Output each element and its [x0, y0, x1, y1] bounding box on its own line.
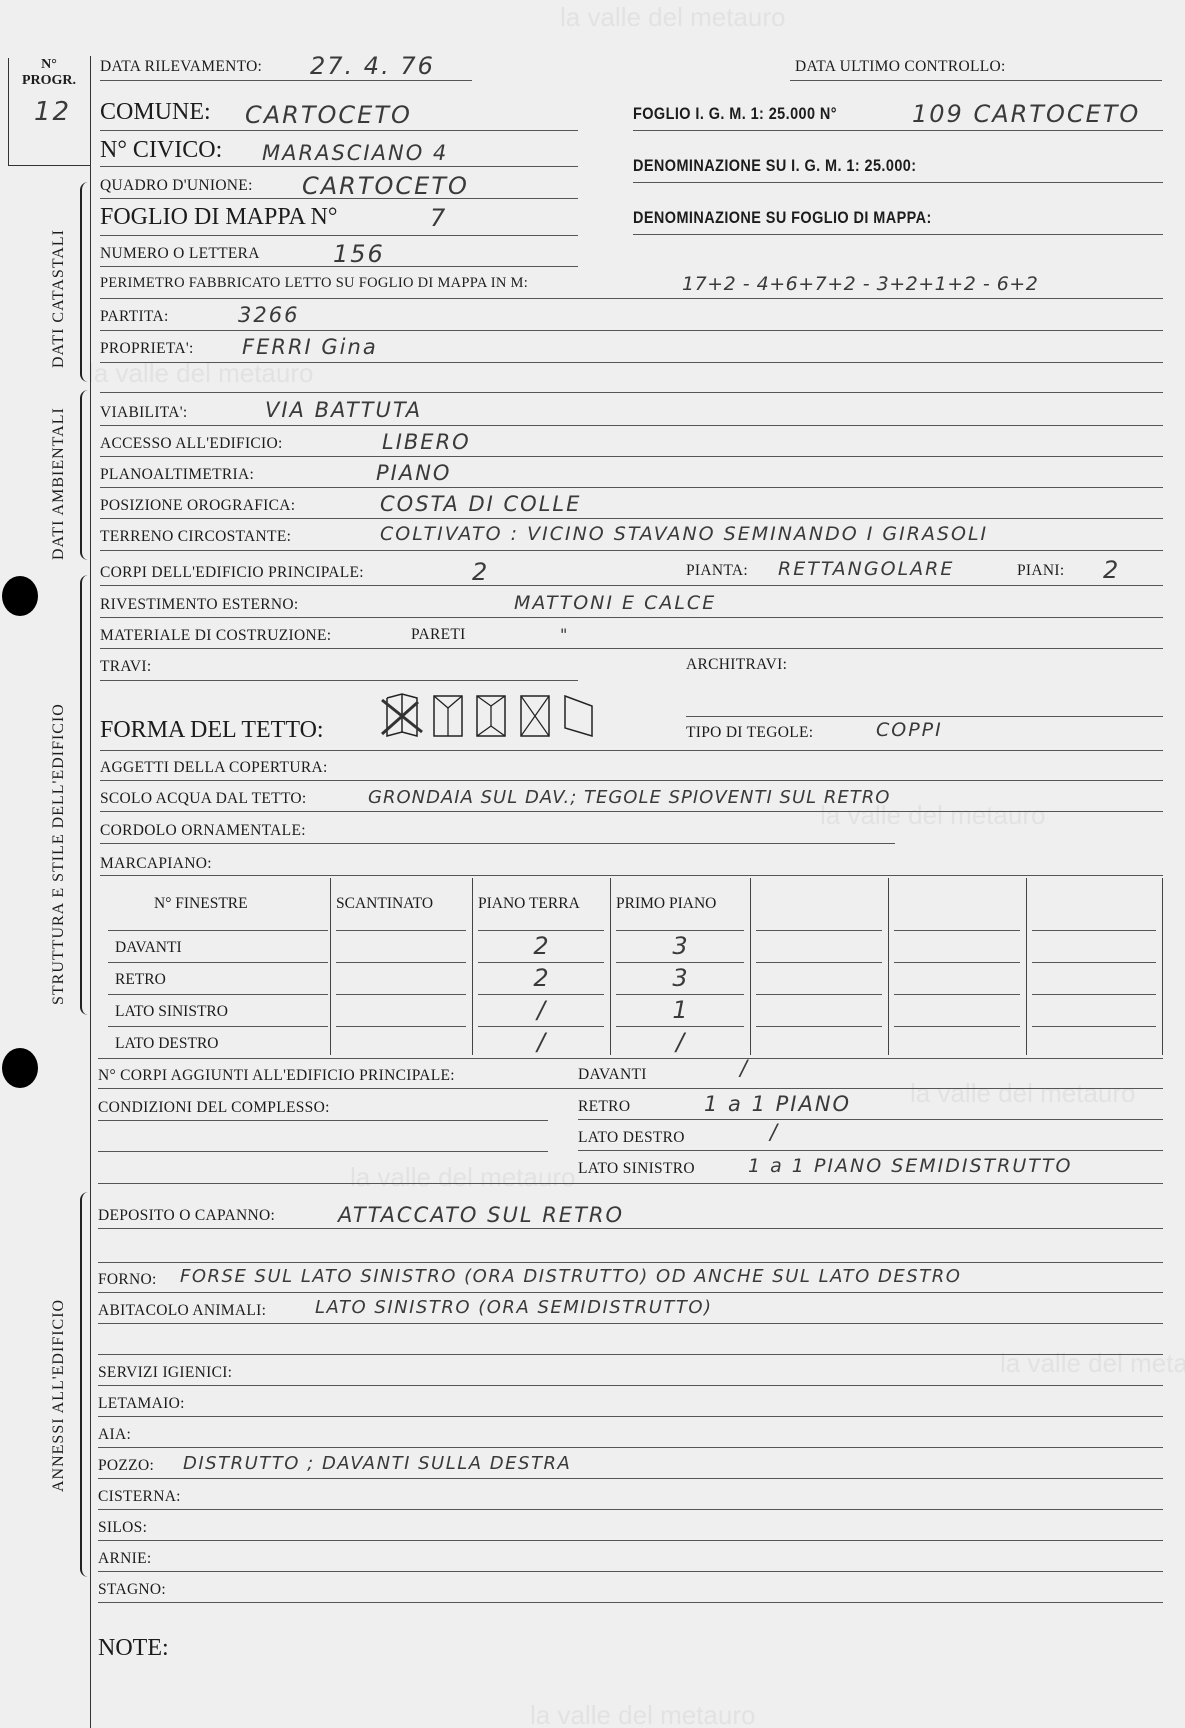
table-row-divider — [894, 930, 1020, 931]
arnie-label: ARNIE: — [98, 1550, 151, 1568]
progr-label-line1: N° — [14, 57, 84, 73]
progr-box-border — [8, 165, 90, 166]
planoaltimetria-value[interactable]: PIANO — [376, 461, 451, 485]
table-row-divider — [1032, 930, 1156, 931]
table-row-divider — [336, 1026, 466, 1027]
piani-value[interactable]: 2 — [1103, 556, 1120, 584]
deposito-value[interactable]: ATTACCATO SUL RETRO — [338, 1203, 624, 1227]
table-row-divider — [756, 994, 882, 995]
progr-label: N° PROGR. — [14, 57, 84, 89]
table-header-cell: N° FINESTRE — [154, 895, 248, 913]
proprieta-value[interactable]: FERRI Gina — [242, 335, 378, 359]
roof-shape-5-icon[interactable] — [562, 692, 594, 740]
materiale-sub-label: PARETI — [411, 626, 466, 644]
corpi-lato-sinistro-label: LATO SINISTRO — [578, 1160, 695, 1178]
table-bottom-border — [98, 1058, 1163, 1059]
table-row-divider — [1032, 962, 1156, 963]
materiale-label: MATERIALE DI COSTRUZIONE: — [100, 627, 331, 645]
corpi-label: CORPI DELL'EDIFICIO PRINCIPALE: — [100, 564, 364, 582]
table-row-divider — [108, 994, 328, 995]
corpi-lato-destro-label: LATO DESTRO — [578, 1129, 685, 1147]
numero-label: NUMERO o LETTERA — [100, 245, 260, 263]
table-column-divider — [888, 878, 889, 1055]
table-row-divider — [108, 930, 328, 931]
scolo-label: SCOLO ACQUA DAL TETTO: — [100, 790, 307, 808]
table-row-divider — [478, 1026, 604, 1027]
table-cell-value[interactable]: / — [472, 1028, 610, 1056]
corpi-lato-destro-value[interactable]: / — [770, 1120, 779, 1144]
forno-value[interactable]: FORSE SUL LATO SINISTRO (ORA DISTRUTTO) … — [180, 1266, 961, 1287]
civico-label: N° CIVICO: — [100, 137, 222, 164]
table-row-divider — [108, 962, 328, 963]
table-row-divider — [108, 1026, 328, 1027]
table-cell-value[interactable]: 2 — [472, 964, 610, 992]
pozzo-value[interactable]: DISTRUTTO ; DAVANTI SULLA DESTRA — [183, 1453, 571, 1474]
pianta-label: PIANTA: — [686, 562, 748, 580]
condizioni-label: CONDIZIONI DEL COMPLESSO: — [98, 1099, 330, 1117]
planoaltimetria-label: PLANOALTIMETRIA: — [100, 466, 254, 484]
table-row-divider — [616, 962, 744, 963]
table-row-label: LATO DESTRO — [115, 1035, 218, 1053]
cisterna-label: CISTERNA: — [98, 1488, 181, 1506]
rivestimento-value[interactable]: MATTONI E CALCE — [514, 592, 716, 614]
marcapiano-label: MARCAPIANO: — [100, 855, 212, 873]
aggetti-label: AGGETTI DELLA COPERTURA: — [100, 759, 328, 777]
table-row-label: RETRO — [115, 971, 166, 989]
abitacolo-label: ABITACOLO ANIMALI: — [98, 1302, 266, 1320]
corpi-aggiunti-label: N° CORPI AGGIUNTI ALL'EDIFICIO PRINCIPAL… — [98, 1067, 455, 1085]
section-brace — [80, 390, 88, 560]
watermark: la valle del metauro — [530, 1700, 755, 1728]
progr-box-border — [8, 58, 9, 166]
viabilita-value[interactable]: VIA BATTUTA — [265, 398, 422, 422]
table-column-divider — [1162, 878, 1163, 1055]
table-row-label: DAVANTI — [115, 939, 182, 957]
table-header-cell: SCANTINATO — [336, 895, 433, 913]
watermark: la valle del metauro — [560, 2, 785, 33]
comune-label: COMUNE: — [100, 99, 211, 126]
civico-value[interactable]: MARASCIANO 4 — [262, 141, 448, 165]
abitacolo-value[interactable]: LATO SINISTRO (ORA SEMIDISTRUTTO) — [315, 1297, 713, 1318]
architravi-label: ARCHITRAVI: — [686, 656, 787, 674]
data-rilevamento-label: DATA RILEVAMENTO: — [100, 58, 262, 76]
perimetro-label: PERIMETRO FABBRICATO LETTO SU FOGLIO DI … — [100, 275, 528, 292]
pozzo-label: POZZO: — [98, 1457, 154, 1475]
roof-shape-3-icon[interactable] — [475, 692, 507, 740]
tipo-tegole-label: TIPO DI TEGOLE: — [686, 724, 813, 742]
corpi-davanti-label: DAVANTI — [578, 1066, 647, 1084]
table-row-divider — [336, 994, 466, 995]
numero-value[interactable]: 156 — [333, 240, 385, 268]
table-row-divider — [894, 994, 1020, 995]
corpi-retro-label: RETRO — [578, 1098, 630, 1116]
table-row-divider — [756, 1026, 882, 1027]
terreno-label: TERRENO CIRCOSTANTE: — [100, 528, 291, 546]
roof-shape-2-icon[interactable] — [432, 692, 464, 740]
table-row-divider — [336, 930, 466, 931]
table-header-cell: PIANO TERRA — [478, 895, 580, 913]
table-row-divider — [616, 1026, 744, 1027]
denom-mappa-label: DENOMINAZIONE SU FOGLIO DI MAPPA: — [633, 208, 932, 228]
table-column-divider — [330, 878, 331, 1055]
posizione-label: POSIZIONE OROGRAFICA: — [100, 497, 295, 515]
roof-shape-4-icon[interactable] — [519, 692, 551, 740]
table-row-divider — [478, 930, 604, 931]
scolo-value[interactable]: GRONDAIA SUL DAV.; TEGOLE SPIOVENTI SUL … — [368, 787, 890, 808]
table-column-divider — [1026, 878, 1027, 1055]
partita-value[interactable]: 3266 — [238, 303, 299, 327]
table-cell-value[interactable]: 3 — [610, 932, 750, 960]
tipo-tegole-value[interactable]: COPPI — [876, 719, 943, 741]
quadro-value[interactable]: CARTOCETO — [302, 172, 469, 200]
perimetro-value[interactable]: 17+2 - 4+6+7+2 - 3+2+1+2 - 6+2 — [682, 273, 1038, 295]
table-row-divider — [336, 962, 466, 963]
section-brace — [80, 182, 88, 382]
table-row-divider — [894, 1026, 1020, 1027]
table-row-divider — [894, 962, 1020, 963]
table-cell-value[interactable]: 3 — [610, 964, 750, 992]
corpi-retro-value[interactable]: 1 a 1 PIANO — [704, 1092, 851, 1116]
letamaio-label: LETAMAIO: — [98, 1395, 185, 1413]
table-row-label: LATO SINISTRO — [115, 1003, 228, 1021]
table-row-divider — [756, 930, 882, 931]
table-column-divider — [750, 878, 751, 1055]
posizione-value[interactable]: COSTA DI COLLE — [380, 492, 581, 516]
stagno-label: STAGNO: — [98, 1581, 166, 1599]
partita-label: PARTITA: — [100, 308, 169, 326]
comune-value[interactable]: CARTOCETO — [245, 101, 412, 129]
corpi-value[interactable]: 2 — [472, 558, 489, 586]
data-ultimo-controllo-label: DATA ULTIMO CONTROLLO: — [795, 58, 1006, 76]
terreno-value[interactable]: COLTIVATO : VICINO STAVANO SEMINANDO I G… — [380, 523, 988, 545]
table-header-cell: PRIMO PIANO — [616, 895, 716, 913]
table-row-divider — [616, 994, 744, 995]
viabilita-label: VIABILITA': — [100, 404, 188, 422]
table-row-divider — [478, 962, 604, 963]
side-label-struttura: STRUTTURA E STILE DELL'EDIFICIO — [50, 703, 68, 1005]
watermark: la valle del metauro — [910, 1078, 1135, 1109]
side-label-annessi: ANNESSI ALL'EDIFICIO — [50, 1299, 68, 1492]
foglio-mappa-value[interactable]: 7 — [430, 204, 447, 232]
data-rilevamento-value[interactable]: 27. 4. 76 — [310, 52, 435, 80]
silos-label: SILOS: — [98, 1519, 147, 1537]
table-row-divider — [1032, 1026, 1156, 1027]
corpi-lato-sinistro-value[interactable]: 1 a 1 PIANO SEMIDISTRUTTO — [748, 1155, 1072, 1177]
binder-hole — [2, 1048, 38, 1088]
table-row-divider — [1032, 994, 1156, 995]
table-cell-value[interactable]: 1 — [610, 996, 750, 1024]
table-row-divider — [616, 930, 744, 931]
servizi-label: SERVIZI IGIENICI: — [98, 1364, 232, 1382]
watermark: la valle del metauro — [350, 1162, 575, 1193]
rivestimento-label: RIVESTIMENTO ESTERNO: — [100, 596, 298, 614]
travi-label: TRAVI: — [100, 658, 151, 676]
materiale-value[interactable]: " — [560, 625, 569, 644]
table-cell-value[interactable]: / — [610, 1028, 750, 1056]
table-row-divider — [756, 962, 882, 963]
note-label: NOTE: — [98, 1635, 169, 1662]
side-label-ambientali: DATI AMBIENTALI — [50, 407, 68, 560]
deposito-label: DEPOSITO o CAPANNO: — [98, 1207, 275, 1225]
watermark: la valle del metauro — [1000, 1348, 1185, 1379]
main-margin-line — [90, 56, 91, 1728]
foglio-mappa-label: FOGLIO DI MAPPA N° — [100, 204, 337, 231]
table-row-divider — [478, 994, 604, 995]
foglio-igm-label: FOGLIO I. G. M. 1: 25.000 N° — [633, 104, 837, 124]
accesso-value[interactable]: LIBERO — [382, 430, 471, 454]
binder-hole — [2, 576, 38, 616]
side-label-catastali: DATI CATASTALI — [50, 229, 68, 368]
piani-label: PIANI: — [1017, 562, 1064, 580]
aia-label: AIA: — [98, 1426, 131, 1444]
denom-igm-label: DENOMINAZIONE SU I. G. M. 1: 25.000: — [633, 156, 916, 176]
cordolo-label: CORDOLO ORNAMENTALE: — [100, 822, 306, 840]
table-cell-value[interactable]: 2 — [472, 932, 610, 960]
proprieta-label: PROPRIETA': — [100, 340, 194, 358]
table-cell-value[interactable]: / — [472, 996, 610, 1024]
roof-shape-1-icon[interactable] — [380, 692, 424, 740]
pianta-value[interactable]: RETTANGOLARE — [778, 558, 954, 580]
progr-label-line2: PROGR. — [14, 73, 84, 89]
quadro-label: QUADRO D'UNIONE: — [100, 177, 253, 195]
progr-value: 12 — [34, 97, 71, 127]
forno-label: FORNO: — [98, 1271, 157, 1289]
corpi-davanti-value[interactable]: / — [740, 1056, 749, 1080]
forma-tetto-label: FORMA DEL TETTO: — [100, 717, 324, 744]
foglio-igm-value[interactable]: 109 CARTOCETO — [912, 100, 1140, 128]
accesso-label: ACCESSO ALL'EDIFICIO: — [100, 435, 283, 453]
section-brace — [80, 1192, 88, 1577]
section-brace — [80, 575, 88, 1015]
